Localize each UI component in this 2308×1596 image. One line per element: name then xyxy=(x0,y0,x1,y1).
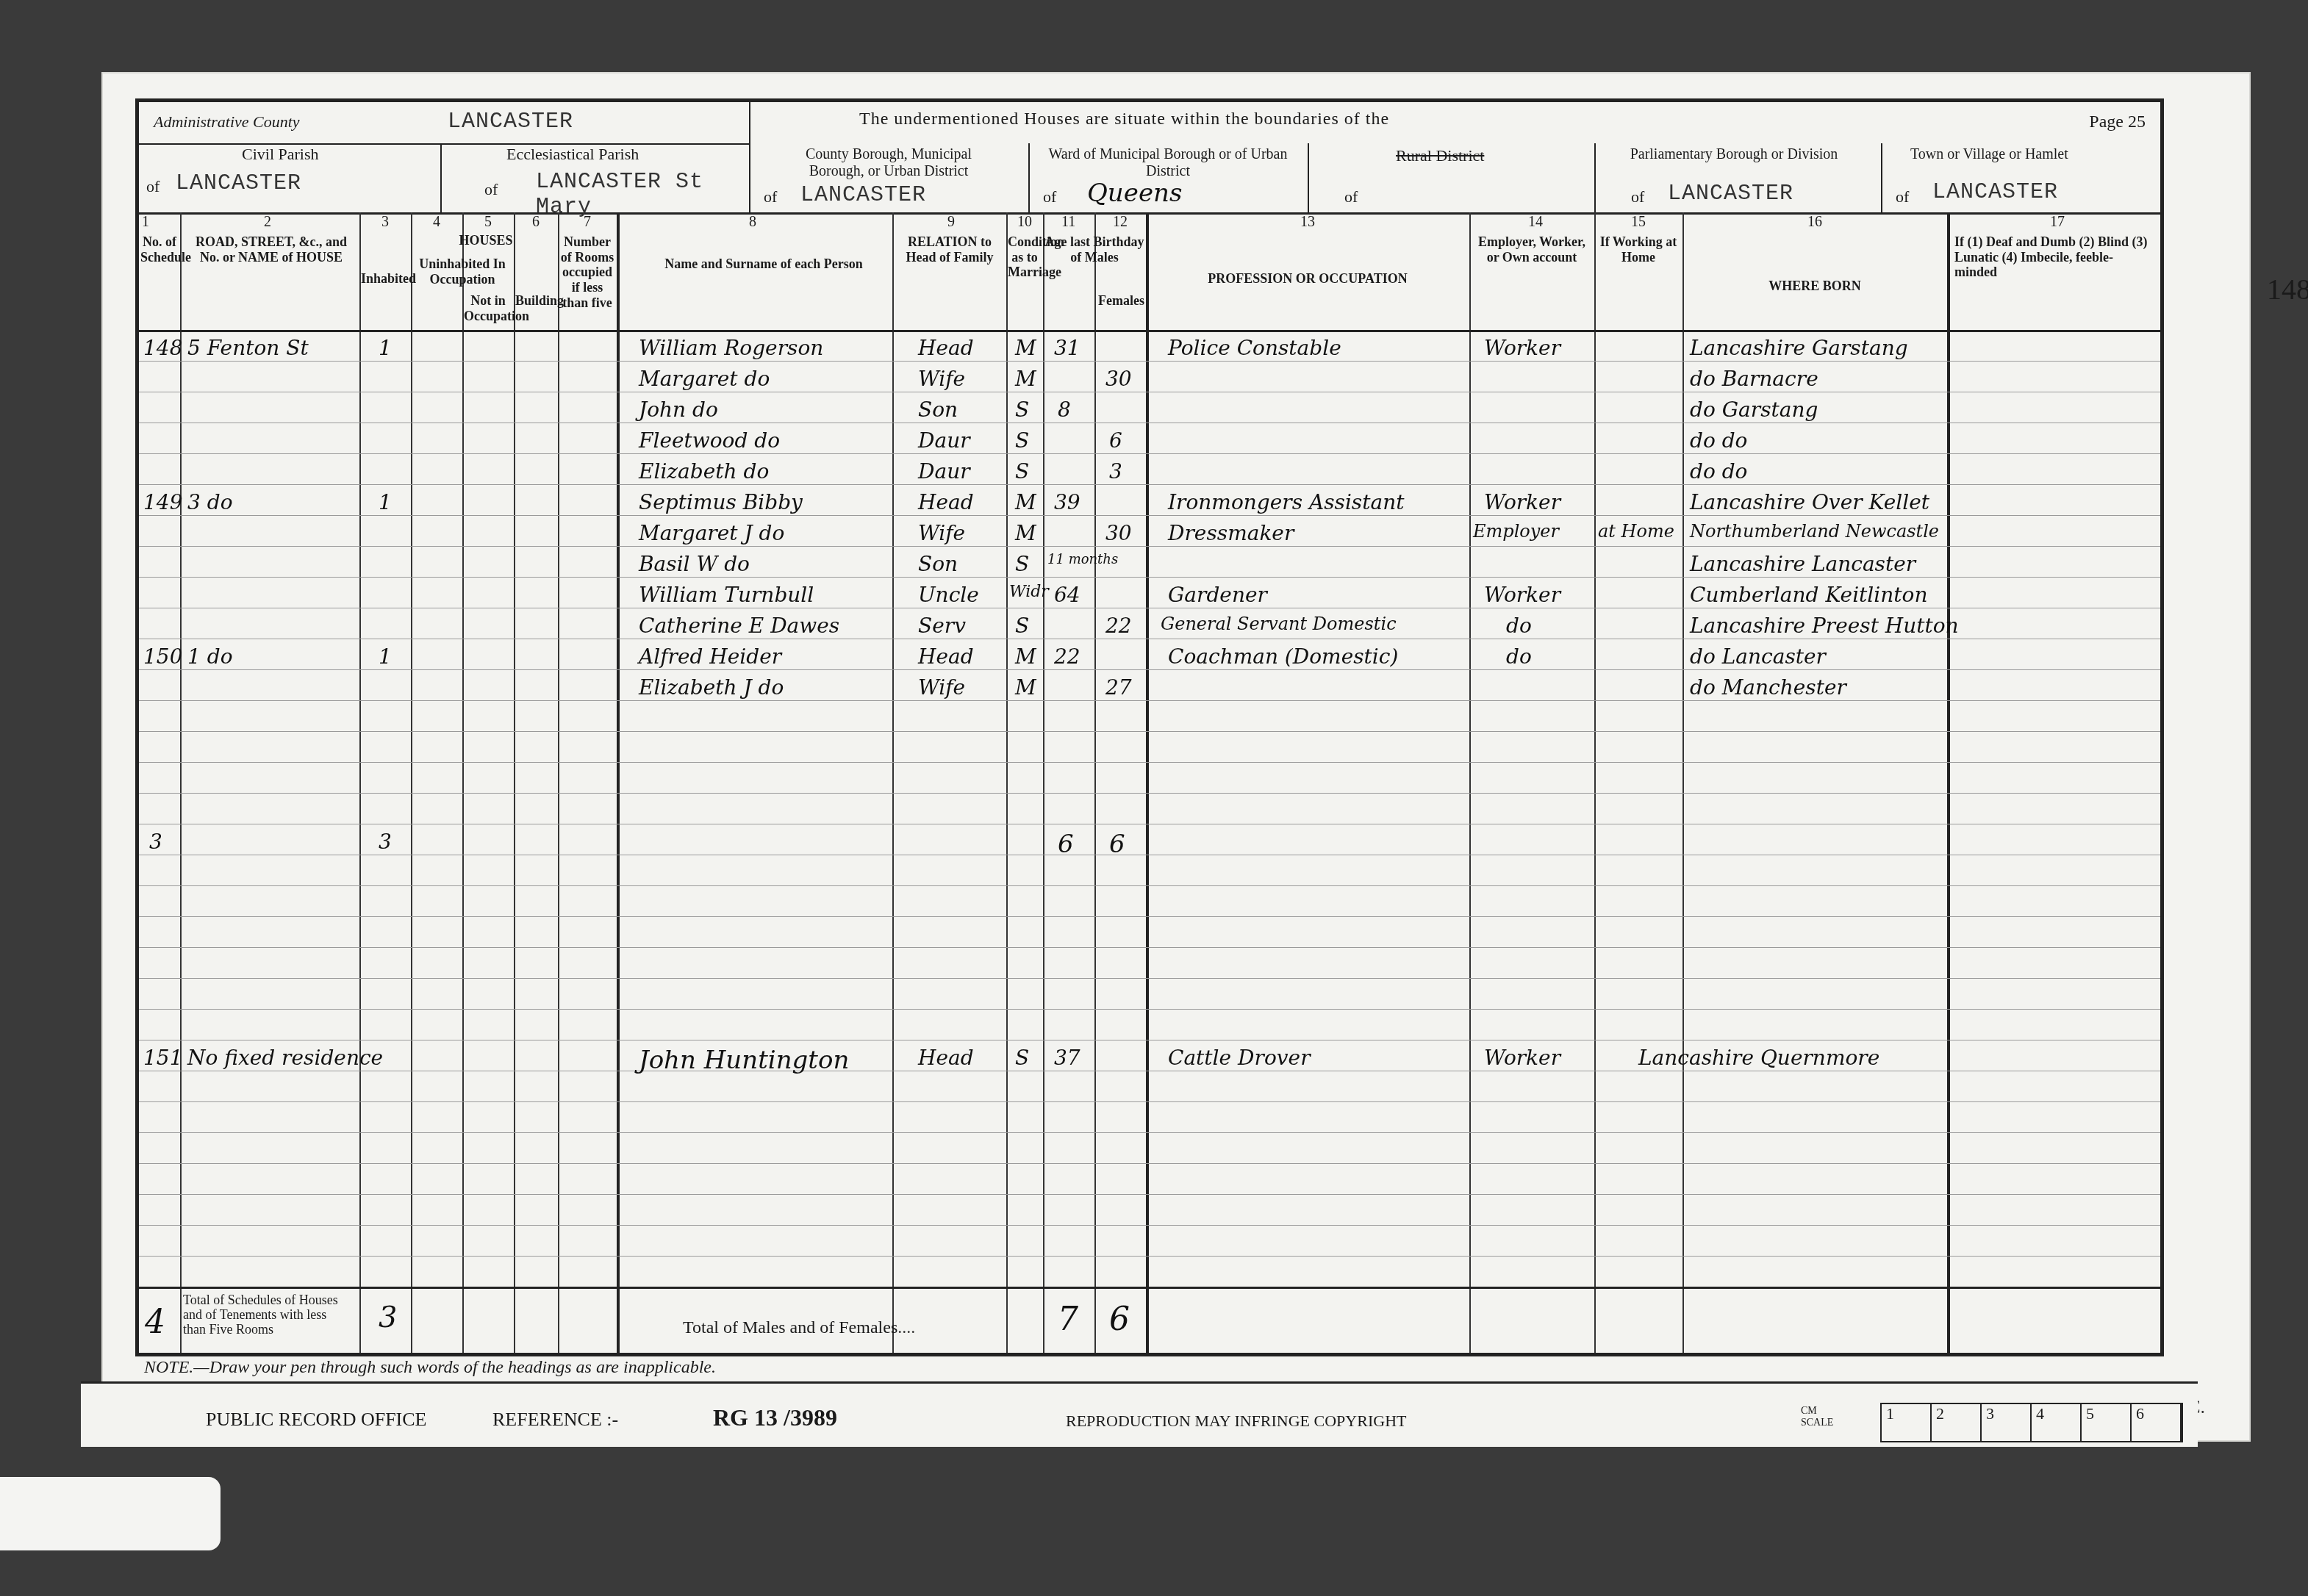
ruled-line xyxy=(139,824,2160,824)
condition: M xyxy=(1015,336,1036,360)
col-header-not-occupied: Not in Occupation xyxy=(464,293,512,323)
subtotal-inhabited: 3 xyxy=(379,830,392,854)
inhabited: 1 xyxy=(379,644,392,669)
of-label: of xyxy=(1043,187,1056,206)
inhabited: 1 xyxy=(379,490,392,514)
address: 3 do xyxy=(187,490,233,514)
birthplace: do do xyxy=(1690,459,1747,484)
census-form-frame: Administrative County LANCASTER The unde… xyxy=(135,98,2164,1356)
address: 5 Fenton St xyxy=(187,336,309,360)
ruled-line xyxy=(139,916,2160,917)
age-male: 8 xyxy=(1058,398,1071,422)
parliamentary-value: LANCASTER xyxy=(1668,181,1793,206)
admin-county-value: LANCASTER xyxy=(448,109,573,134)
col-header-building: Building xyxy=(515,293,556,309)
col-num: 7 xyxy=(584,214,591,231)
col-header-rooms: Number of Rooms occupied if less than fi… xyxy=(559,234,615,310)
col-header-employment: Employer, Worker, or Own account xyxy=(1473,234,1591,265)
at-home: at Home xyxy=(1598,521,1674,542)
town-value: LANCASTER xyxy=(1932,180,2058,205)
schedule-number: 148 xyxy=(143,336,182,360)
ruled-line xyxy=(139,978,2160,979)
employment: Worker xyxy=(1484,336,1560,360)
col-num: 2 xyxy=(264,214,271,231)
person-name: Catherine E Dawes xyxy=(639,614,839,638)
census-row: John do Son S 8 do Garstang xyxy=(139,398,2160,428)
person-name: Elizabeth J do xyxy=(639,675,784,700)
employment: Worker xyxy=(1484,583,1560,607)
header-divider xyxy=(139,330,2160,332)
of-label: of xyxy=(1631,187,1644,206)
person-name: John Huntington xyxy=(639,1046,849,1075)
relation: Serv xyxy=(918,614,966,638)
relation: Son xyxy=(918,552,958,576)
admin-county-label: Administrative County xyxy=(154,112,300,131)
relation: Daur xyxy=(918,459,970,484)
age-male: 64 xyxy=(1054,583,1080,607)
census-row: Margaret do Wife M 30 do Barnacre xyxy=(139,367,2160,398)
birthplace: Lancashire Lancaster xyxy=(1690,552,1915,576)
employment: Employer xyxy=(1473,521,1559,542)
relation: Son xyxy=(918,398,958,422)
person-name: Basil W do xyxy=(639,552,750,576)
scale-tick: 3 xyxy=(1982,1404,2032,1441)
boundaries-text: The undermentioned Houses are situate wi… xyxy=(859,109,1389,130)
age-male: 31 xyxy=(1054,336,1080,360)
col-num: 6 xyxy=(532,214,540,231)
condition: Widr xyxy=(1009,583,1049,601)
females-total: 6 xyxy=(1109,1301,1130,1338)
census-row: Catherine E Dawes Serv S 22 General Serv… xyxy=(139,614,2160,644)
employment: Worker xyxy=(1484,1046,1560,1070)
ruled-line xyxy=(139,793,2160,794)
of-label: of xyxy=(764,187,777,206)
col-header-schedule: No. of Schedule xyxy=(140,234,179,265)
col-num: 1 xyxy=(142,214,149,231)
census-row: Elizabeth J do Wife M 27 do Manchester xyxy=(139,675,2160,706)
col-header-relation: RELATION to Head of Family xyxy=(896,234,1003,265)
condition: S xyxy=(1015,398,1029,422)
col-num: 3 xyxy=(381,214,389,231)
relation: Uncle xyxy=(918,583,979,607)
census-row: Basil W do Son S 11 months Lancashire La… xyxy=(139,552,2160,583)
person-name: Septimus Bibby xyxy=(639,490,803,514)
males-total: 7 xyxy=(1058,1301,1078,1338)
scale-tick: 1 xyxy=(1882,1404,1932,1441)
houses-header: HOUSES xyxy=(412,233,559,248)
occupation: Police Constable xyxy=(1168,336,1341,360)
relation: Head xyxy=(918,1046,974,1070)
totals-row: 4 Total of Schedules of Houses and of Te… xyxy=(139,1289,2160,1356)
census-row: Fleetwood do Daur S 6 do do xyxy=(139,428,2160,459)
address: 1 do xyxy=(187,644,233,669)
age-female: 27 xyxy=(1105,675,1132,700)
subtotal-row: 3 3 6 6 xyxy=(139,830,2160,860)
census-sheet: 148 Administrative County LANCASTER The … xyxy=(103,73,2249,1440)
condition: S xyxy=(1015,552,1029,576)
col-header-where-born: WHERE BORN xyxy=(1690,278,1940,294)
condition: S xyxy=(1015,459,1029,484)
col-num: 16 xyxy=(1807,214,1822,231)
condition: M xyxy=(1015,644,1036,669)
copyright-notice: REPRODUCTION MAY INFRINGE COPYRIGHT xyxy=(1066,1412,1406,1431)
col-num: 15 xyxy=(1631,214,1646,231)
subtotal-males: 6 xyxy=(1058,830,1074,859)
col-header-name: Name and Surname of each Person xyxy=(653,256,874,272)
birthplace: do Garstang xyxy=(1690,398,1818,422)
col-header-age-males: Age last Birthday of Males xyxy=(1044,234,1144,265)
of-label: of xyxy=(1344,187,1358,206)
occupation: Coachman (Domestic) xyxy=(1168,644,1398,669)
birthplace: Cumberland Keitlinton xyxy=(1690,583,1927,607)
col-header-infirmity: If (1) Deaf and Dumb (2) Blind (3) Lunat… xyxy=(1954,234,2153,280)
address: No fixed residence xyxy=(187,1046,383,1070)
subtotal-females: 6 xyxy=(1109,830,1125,859)
col-num: 10 xyxy=(1017,214,1032,231)
scale-label: CM SCALE xyxy=(1801,1406,1845,1429)
employment: Worker xyxy=(1484,490,1560,514)
of-label: of xyxy=(484,180,498,198)
col-num: 11 xyxy=(1061,214,1075,231)
schedule-number: 150 xyxy=(143,644,182,669)
age-female: 30 xyxy=(1105,367,1132,391)
scale-tick: 4 xyxy=(2032,1404,2082,1441)
ruled-line xyxy=(139,1040,2160,1040)
person-name: John do xyxy=(639,398,718,422)
page-label: Page 25 xyxy=(2089,112,2146,133)
occupation: Gardener xyxy=(1168,583,1267,607)
schedules-total-label: Total of Schedules of Houses and of Tene… xyxy=(183,1293,345,1337)
ruled-line xyxy=(139,1132,2160,1133)
census-row: 148 5 Fenton St 1 William Rogerson Head … xyxy=(139,336,2160,367)
col-num: 14 xyxy=(1528,214,1543,231)
census-row: Elizabeth do Daur S 3 do do xyxy=(139,459,2160,490)
census-row: 150 1 do 1 Alfred Heider Head M 22 Coach… xyxy=(139,644,2160,675)
tenements-total: 3 xyxy=(379,1301,397,1334)
age-male: 37 xyxy=(1054,1046,1080,1070)
col-num: 17 xyxy=(2050,214,2065,231)
of-label: of xyxy=(1896,187,1909,206)
archive-strip: PUBLIC RECORD OFFICE REFERENCE :- RG 13 … xyxy=(81,1381,2198,1447)
condition: M xyxy=(1015,367,1036,391)
birthplace: Northumberland Newcastle xyxy=(1690,521,1939,542)
age-male: 39 xyxy=(1054,490,1080,514)
birthplace: Lancashire Preest Hutton xyxy=(1690,614,1959,638)
person-name: Alfred Heider xyxy=(639,644,781,669)
inhabited: 1 xyxy=(379,336,392,360)
age-female: 30 xyxy=(1105,521,1132,545)
condition: M xyxy=(1015,521,1036,545)
rural-district-label: Rural District xyxy=(1396,146,1484,165)
schedule-number: 149 xyxy=(143,490,182,514)
col-header-address: ROAD, STREET, &c., and No. or NAME of HO… xyxy=(184,234,358,265)
person-name: William Turnbull xyxy=(639,583,814,607)
age-female: 6 xyxy=(1109,428,1122,453)
reference-number: RG 13 /3989 xyxy=(713,1404,837,1431)
col-num: 13 xyxy=(1300,214,1315,231)
col-header-at-home: If Working at Home xyxy=(1598,234,1679,265)
reference-label: REFERENCE :- xyxy=(492,1409,618,1431)
occupation: Cattle Drover xyxy=(1168,1046,1311,1070)
town-label: Town or Village or Hamlet xyxy=(1910,146,2068,163)
person-name: Margaret J do xyxy=(639,521,784,545)
folio-number: 148 xyxy=(2267,272,2308,306)
birthplace: do Barnacre xyxy=(1690,367,1818,391)
person-name: Elizabeth do xyxy=(639,459,769,484)
person-name: Margaret do xyxy=(639,367,770,391)
age-male: 22 xyxy=(1054,644,1080,669)
county-borough-label: County Borough, Municipal Borough, or Ur… xyxy=(778,146,999,180)
birthplace: do Manchester xyxy=(1690,675,1846,700)
schedule-number: 151 xyxy=(143,1046,182,1070)
scale-tick: 6 xyxy=(2132,1404,2182,1441)
ruled-line xyxy=(139,1163,2160,1164)
parliamentary-label: Parliamentary Borough or Division xyxy=(1624,146,1844,163)
relation: Head xyxy=(918,644,974,669)
scale-tick: 5 xyxy=(2082,1404,2132,1441)
birthplace: Lancashire Garstang xyxy=(1690,336,1908,360)
col-num: 12 xyxy=(1113,214,1128,231)
relation: Wife xyxy=(918,367,965,391)
employment: do xyxy=(1506,644,1532,669)
ruled-line xyxy=(139,731,2160,732)
ruled-line xyxy=(139,1194,2160,1195)
relation: Daur xyxy=(918,428,970,453)
col-header-inhabited: Inhabited xyxy=(361,271,409,287)
relation: Wife xyxy=(918,675,965,700)
county-borough-value: LANCASTER xyxy=(800,183,926,208)
col-num: 9 xyxy=(947,214,955,231)
age-female: 3 xyxy=(1109,459,1122,484)
schedules-total: 4 xyxy=(145,1304,165,1341)
form-note: NOTE.—Draw your pen through such words o… xyxy=(144,1358,716,1378)
birthplace: Lancashire Quernmore xyxy=(1638,1046,1879,1070)
col-header-age-females: Females xyxy=(1098,293,1142,309)
ruled-line xyxy=(139,1256,2160,1257)
col-num: 8 xyxy=(749,214,756,231)
civil-parish-label: Civil Parish xyxy=(242,145,319,163)
condition: S xyxy=(1015,428,1029,453)
col-num: 4 xyxy=(433,214,440,231)
birthplace: Lancashire Over Kellet xyxy=(1690,490,1929,514)
age-female: 22 xyxy=(1105,614,1132,638)
archive-office: PUBLIC RECORD OFFICE xyxy=(206,1409,427,1431)
ward-value: Queens xyxy=(1087,179,1182,208)
birthplace: do Lancaster xyxy=(1690,644,1826,669)
col-num: 5 xyxy=(484,214,492,231)
person-name: Fleetwood do xyxy=(639,428,780,453)
census-row: William Turnbull Uncle Widr 64 Gardener … xyxy=(139,583,2160,614)
ward-label: Ward of Municipal Borough or of Urban Di… xyxy=(1043,146,1293,180)
condition: S xyxy=(1015,614,1029,638)
employment: do xyxy=(1506,614,1532,638)
of-label: of xyxy=(146,177,160,195)
condition: M xyxy=(1015,675,1036,700)
header-bar: Administrative County LANCASTER The unde… xyxy=(139,102,2160,215)
census-row-151: 151 No fixed residence John Huntington H… xyxy=(139,1046,2160,1076)
relation: Head xyxy=(918,336,974,360)
condition: S xyxy=(1015,1046,1029,1070)
col-header-occupation: PROFESSION OR OCCUPATION xyxy=(1153,271,1462,287)
relation: Head xyxy=(918,490,974,514)
col-header-condition: Condition as to Marriage xyxy=(1008,234,1042,280)
condition: M xyxy=(1015,490,1036,514)
col-header-uninhabited: Uninhabited In Occupation xyxy=(412,256,512,287)
eccl-parish-value: LANCASTER St Mary xyxy=(536,170,749,220)
males-females-total-label: Total of Males and of Females.... xyxy=(683,1318,915,1338)
ruled-line xyxy=(139,1101,2160,1102)
census-row: Margaret J do Wife M 30 Dressmaker Emplo… xyxy=(139,521,2160,552)
relation: Wife xyxy=(918,521,965,545)
civil-parish-value: LANCASTER xyxy=(176,171,301,196)
ruled-line xyxy=(139,762,2160,763)
occupation: Ironmongers Assistant xyxy=(1168,490,1404,514)
paper-scrap xyxy=(0,1477,221,1550)
ruled-line xyxy=(139,1009,2160,1010)
birthplace: do do xyxy=(1690,428,1747,453)
scale-tick: 2 xyxy=(1932,1404,1982,1441)
eccl-parish-label: Ecclesiastical Parish xyxy=(506,145,639,163)
ruled-line xyxy=(139,1225,2160,1226)
person-name: William Rogerson xyxy=(639,336,823,360)
occupation: Dressmaker xyxy=(1168,521,1294,545)
cm-scale: 1 2 3 4 5 6 xyxy=(1880,1403,2183,1442)
age-male: 11 months xyxy=(1047,552,1118,567)
ruled-line xyxy=(139,947,2160,948)
census-row: 149 3 do 1 Septimus Bibby Head M 39 Iron… xyxy=(139,490,2160,521)
subtotal-schedules: 3 xyxy=(149,830,162,854)
occupation: General Servant Domestic xyxy=(1161,614,1397,634)
ruled-line xyxy=(139,885,2160,886)
